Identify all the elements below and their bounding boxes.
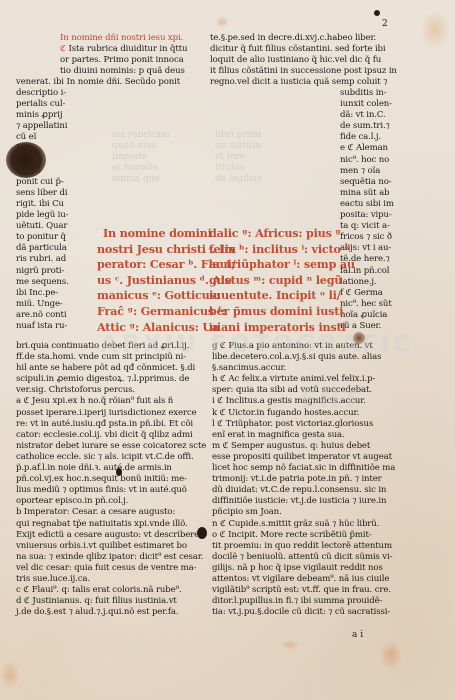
manuscript-page: eis rubricam quod eius imperio et morali…: [0, 0, 455, 700]
gloss-bottom-right: g ℭ Pius.a pio antonino: vt in auten. vt…: [212, 341, 395, 618]
folio-number: 2: [382, 19, 388, 29]
gloss-bottom-left: bri.quia continuatio debet fieri ad ꝓri.…: [16, 341, 206, 618]
signature-mark: a i: [352, 630, 363, 640]
rubric-right-column: dalic ᵍ: Africus: pius ᵍ felix ʰ: inclit…: [209, 226, 355, 335]
foxing-stain: [0, 660, 20, 690]
gloss-top-left: In nomine dñi nostri iesu xpi. ℭ Ista ru…: [60, 33, 187, 77]
foxing-stain: [420, 10, 450, 50]
foxing-stain: [380, 640, 402, 670]
ink-stain: [6, 142, 46, 178]
foxing-stain: [280, 640, 300, 650]
gloss-top-left-wide: venerat. ibi In nomie dñi. Secũdo ponit: [16, 77, 180, 88]
watermark-fragment: ENT: [300, 385, 362, 413]
ink-spot: [116, 468, 122, 476]
gloss-left-column: descriptio i- perialis cul- minis ꝓprij …: [16, 88, 69, 332]
foxing-stain: [215, 16, 229, 28]
show-through-text-right: libri primi de iustitia et iure titulus …: [215, 130, 262, 185]
foxing-stain: [353, 332, 365, 344]
gloss-heading: In nomine dñi nostri iesu xpi.: [60, 33, 187, 44]
ink-spot: [197, 527, 207, 539]
gloss-top-right: te.§.pe.sed in decre.di.xvj.c.habeo libe…: [210, 33, 397, 88]
watermark: ARXIU FOTOGRAFIC: [100, 330, 414, 358]
show-through-text-left: eis rubricam quod eius imperio et morali…: [112, 130, 170, 185]
ink-spot: [374, 10, 380, 16]
